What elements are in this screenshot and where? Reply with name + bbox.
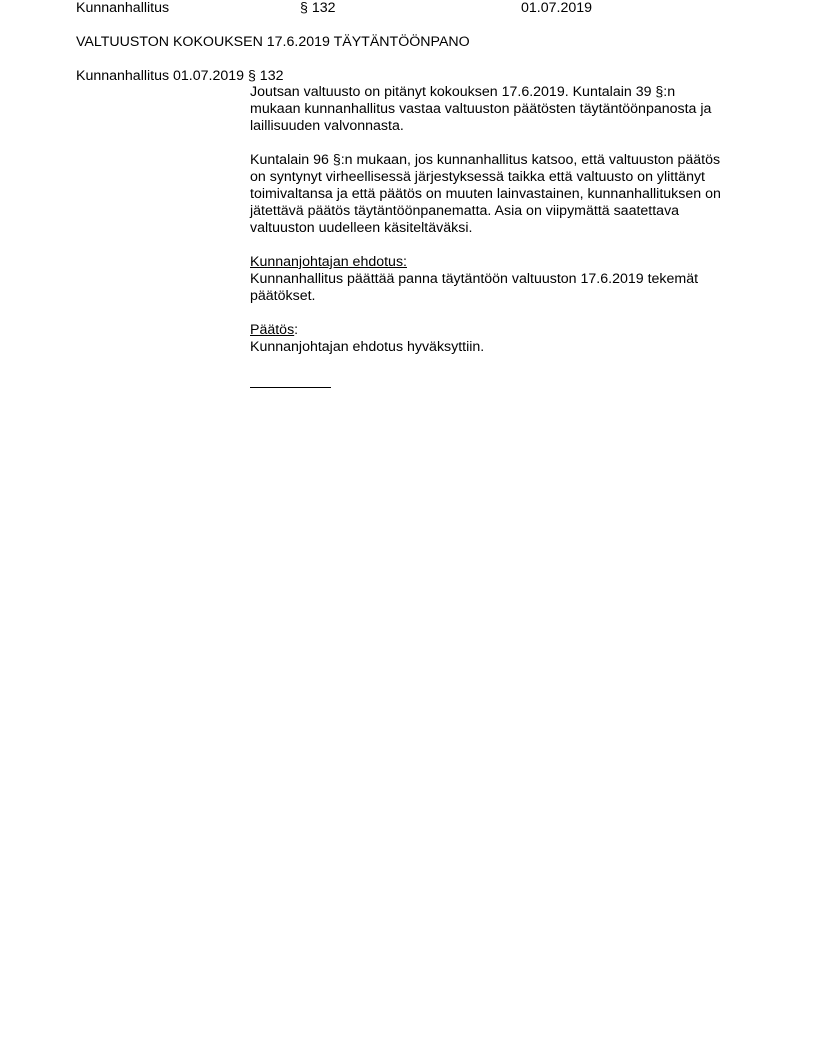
proposal-section: Kunnanjohtajan ehdotus: Kunnanhallitus p… xyxy=(250,254,760,305)
paragraph-law: Kuntalain 96 §:n mukaan, jos kunnanhalli… xyxy=(250,152,760,237)
text-line: Joutsan valtuusto on pitänyt kokouksen 1… xyxy=(250,84,675,100)
header-organ: Kunnanhallitus xyxy=(76,0,169,17)
body-column: Joutsan valtuusto on pitänyt kokouksen 1… xyxy=(250,84,760,393)
decision-label: Päätös xyxy=(250,322,294,338)
text-line: valtuuston uudelleen käsiteltäväksi. xyxy=(250,220,472,236)
text-line: Kuntalain 96 §:n mukaan, jos kunnanhalli… xyxy=(250,152,720,168)
decision-section: Päätös: Kunnanjohtajan ehdotus hyväksytt… xyxy=(250,322,760,356)
text-line: päätökset. xyxy=(250,288,315,304)
text-line: jätettävä päätös täytäntöönpanematta. As… xyxy=(250,203,679,219)
text-line: laillisuuden valvonnasta. xyxy=(250,118,404,134)
proposal-label: Kunnanjohtajan ehdotus: xyxy=(250,254,407,270)
decision-label-colon: : xyxy=(294,322,298,338)
signature-line xyxy=(250,373,331,388)
meeting-reference: Kunnanhallitus 01.07.2019 § 132 xyxy=(76,68,283,85)
paragraph-background: Joutsan valtuusto on pitänyt kokouksen 1… xyxy=(250,84,760,135)
text-line: on syntynyt virheellisessä järjestyksess… xyxy=(250,169,705,185)
document-title: VALTUUSTON KOKOUKSEN 17.6.2019 TÄYTÄNTÖÖ… xyxy=(76,34,470,51)
header-date: 01.07.2019 xyxy=(521,0,592,17)
text-line: mukaan kunnanhallitus vastaa valtuuston … xyxy=(250,101,711,117)
text-line: toimivaltansa ja että päätös on muuten l… xyxy=(250,186,721,202)
decision-text: Kunnanjohtajan ehdotus hyväksyttiin. xyxy=(250,339,484,355)
text-line: Kunnanhallitus päättää panna täytäntöön … xyxy=(250,271,698,287)
signature-area xyxy=(250,373,760,393)
header-section: § 132 xyxy=(300,0,336,17)
